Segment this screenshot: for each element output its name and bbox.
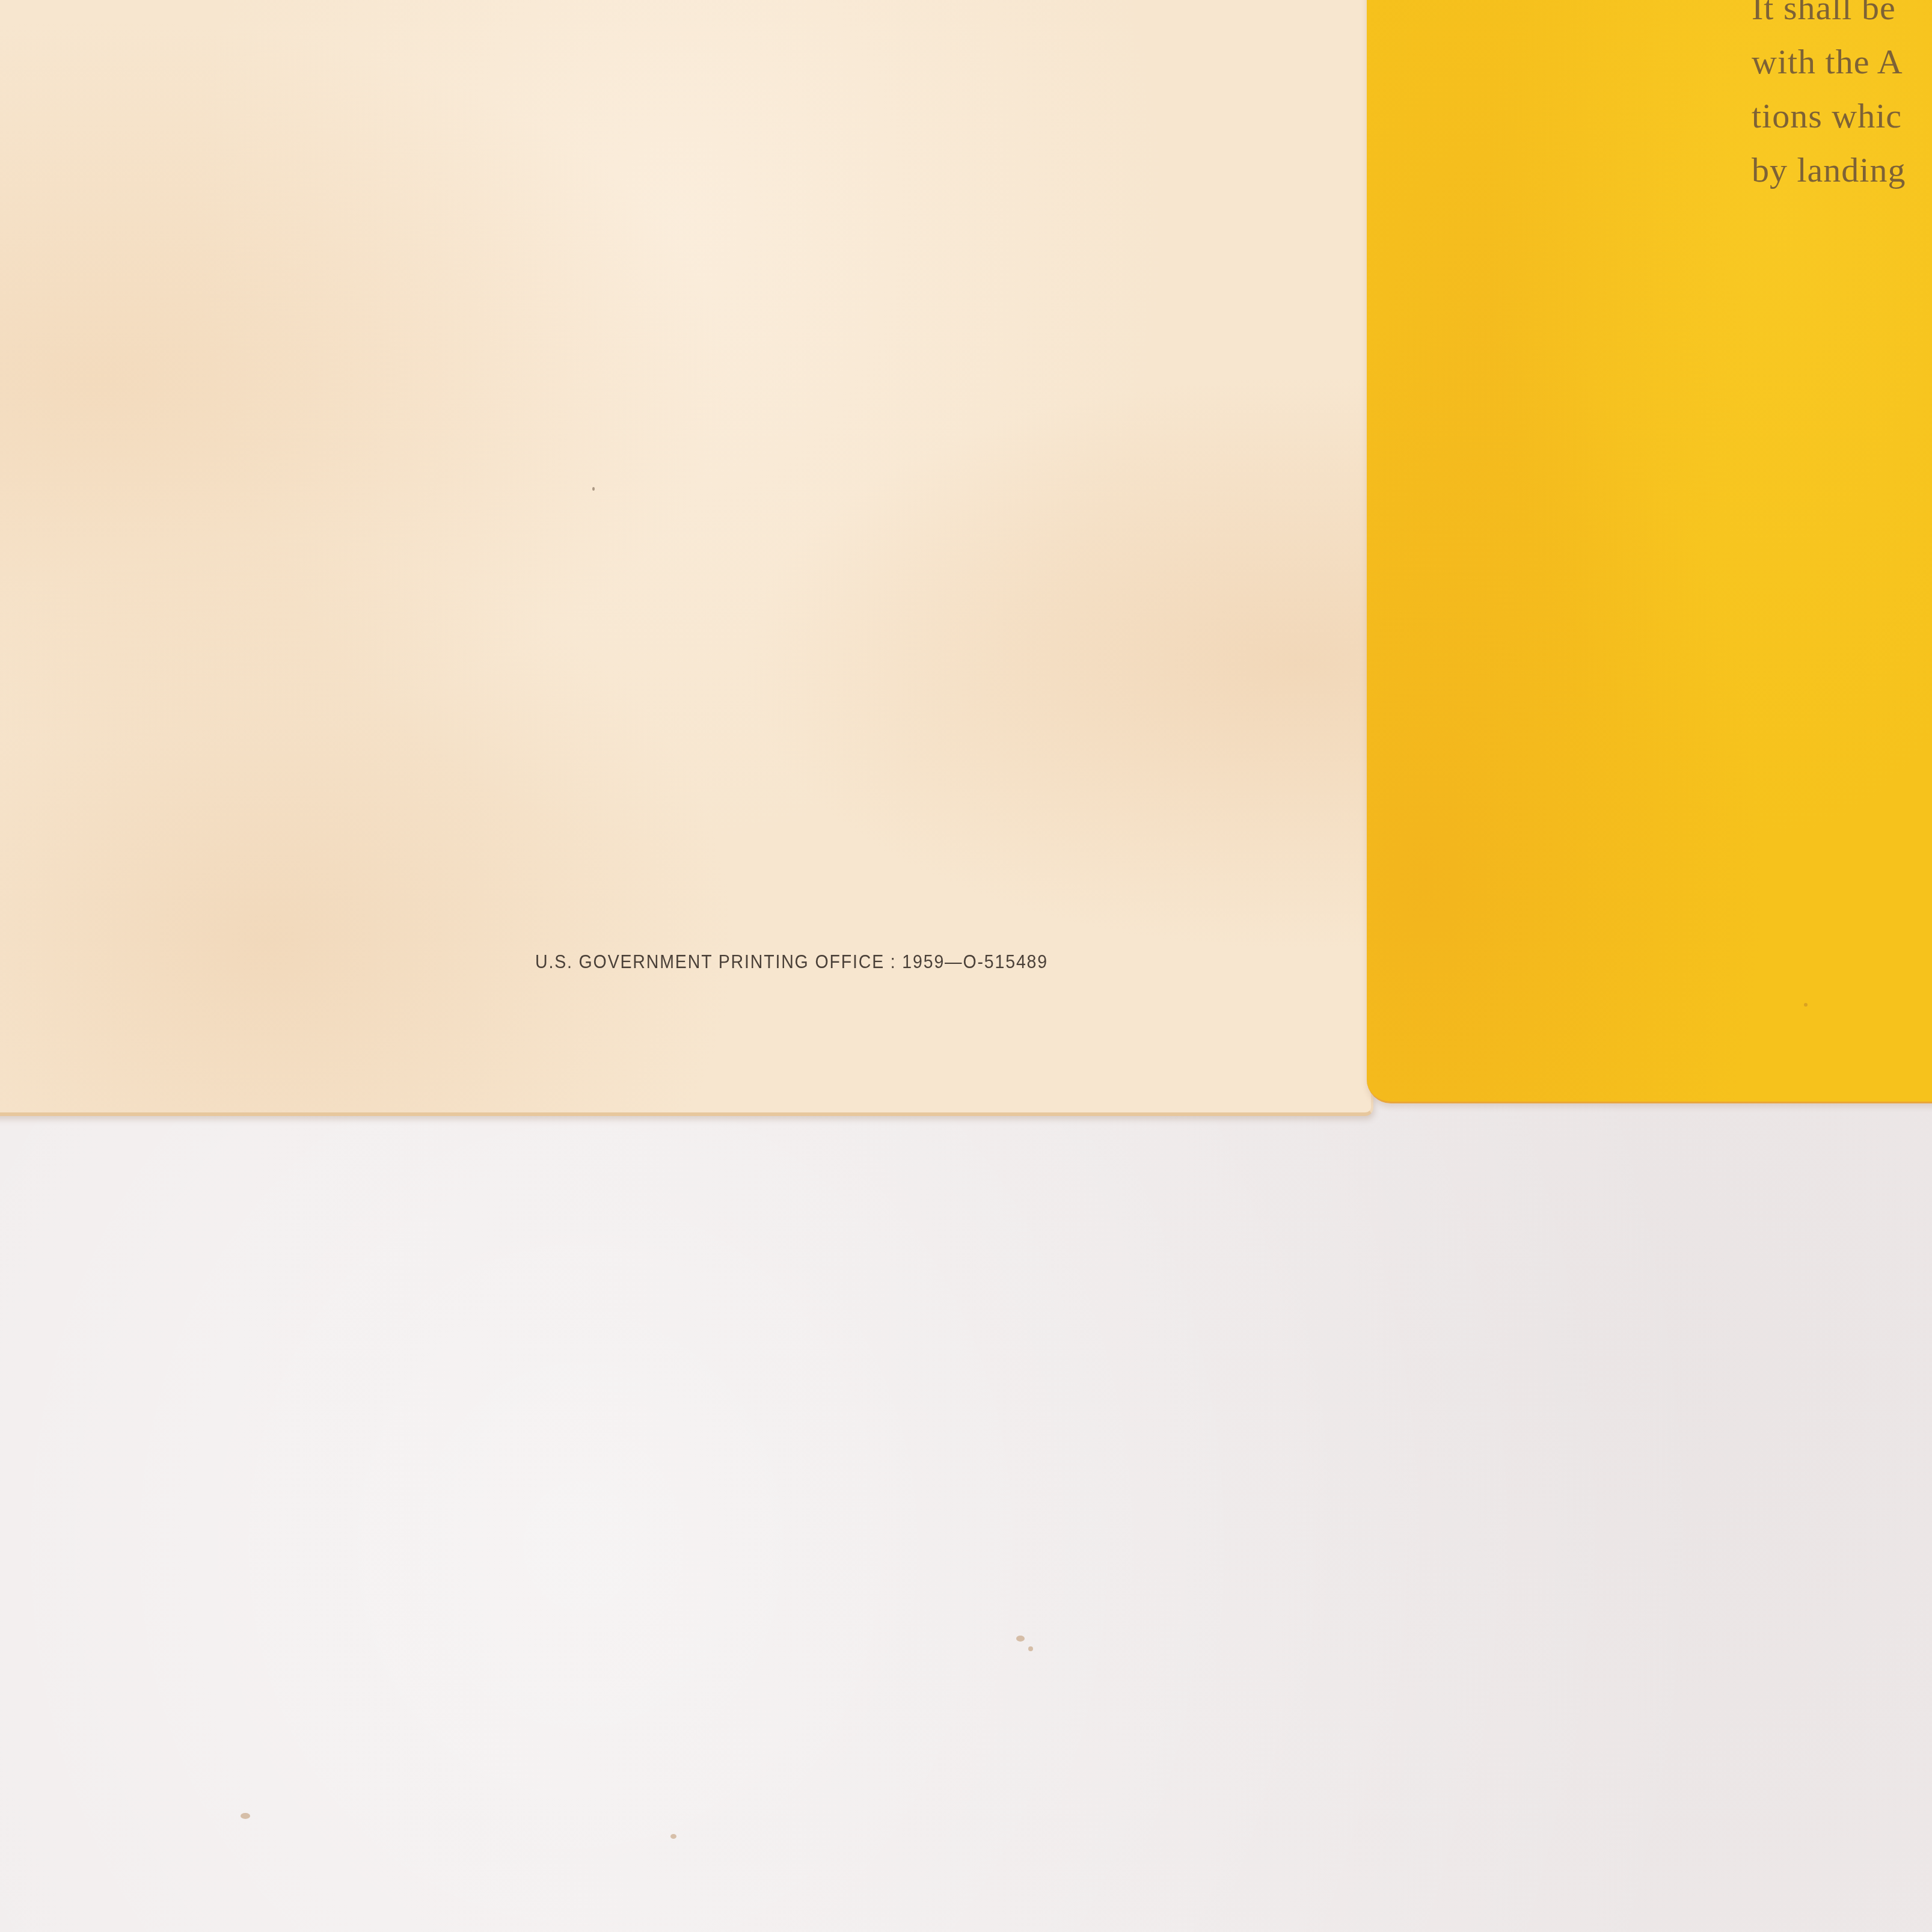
- surface-speck: [592, 487, 595, 491]
- yellow-page-text: It shall be with the A tions whic by lan…: [1752, 0, 1906, 197]
- surface-speck: [1028, 1646, 1033, 1651]
- text-line: tions whic: [1752, 89, 1906, 143]
- surface-speck: [1804, 1003, 1808, 1007]
- text-line: by landing: [1752, 143, 1906, 197]
- printer-imprint: U.S. GOVERNMENT PRINTING OFFICE : 1959—O…: [535, 951, 1048, 973]
- text-line: It shall be: [1752, 0, 1906, 35]
- surface-speck: [1016, 1636, 1025, 1642]
- text-line: with the A: [1752, 35, 1906, 89]
- cream-page: U.S. GOVERNMENT PRINTING OFFICE : 1959—O…: [0, 0, 1373, 1116]
- surface-speck: [241, 1813, 250, 1819]
- surface-speck: [670, 1834, 676, 1839]
- yellow-page: It shall be with the A tions whic by lan…: [1367, 0, 1932, 1103]
- tabletop-surface: U.S. GOVERNMENT PRINTING OFFICE : 1959—O…: [0, 0, 1932, 1932]
